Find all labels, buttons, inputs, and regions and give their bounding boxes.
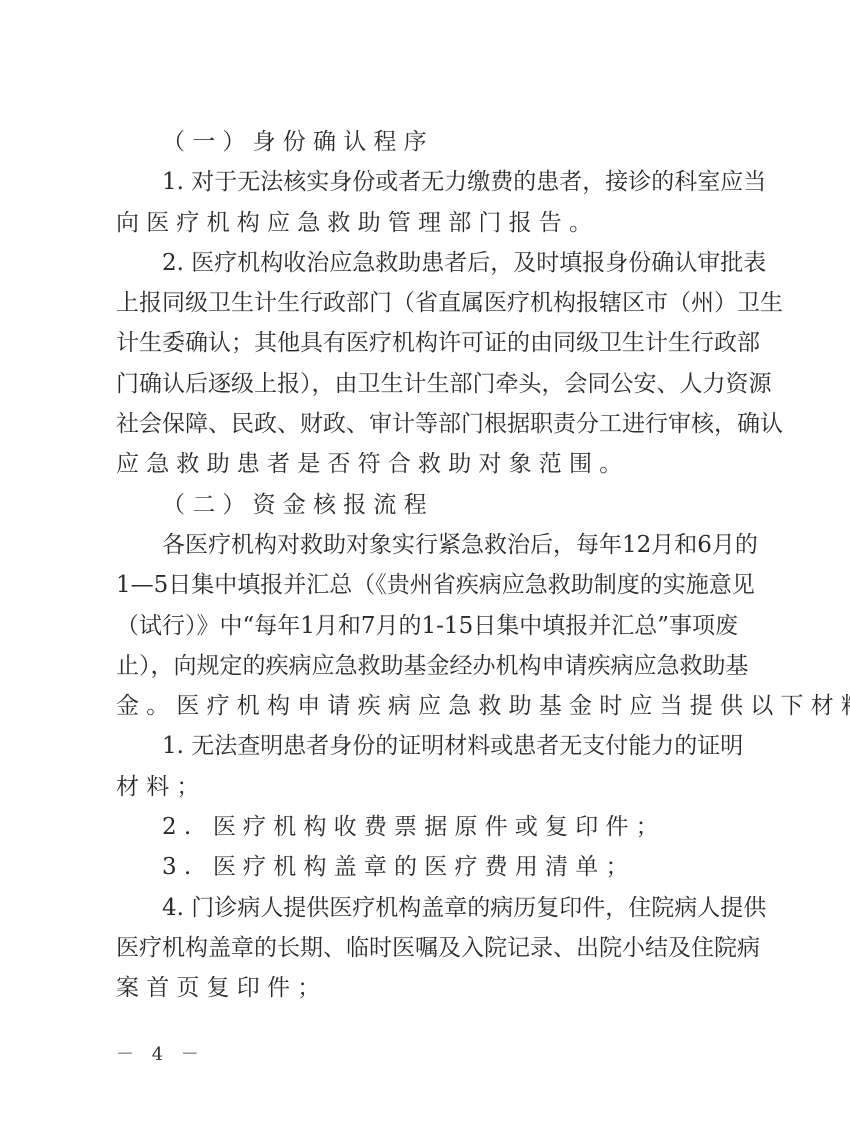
paragraph-line: 金。医疗机构申请疾病应急救助基金时应当提供以下材料：	[116, 686, 734, 726]
paragraph-line: 上报同级卫生计生行政部门（省直属医疗机构报辖区市（州）卫生	[116, 283, 734, 323]
paragraph-line: 1. 对于无法核实身份或者无力缴费的患者，接诊的科室应当	[116, 162, 734, 202]
paragraph-line: 向医疗机构应急救助管理部门报告。	[116, 203, 734, 243]
paragraph-line: 材料；	[116, 767, 734, 807]
material-item-4: 4. 门诊病人提供医疗机构盖章的病历复印件，住院病人提供	[116, 888, 734, 928]
paragraph-line: 门确认后逐级上报），由卫生计生部门牵头，会同公安、人力资源	[116, 364, 734, 404]
document-page: （一）身份确认程序 1. 对于无法核实身份或者无力缴费的患者，接诊的科室应当 向…	[0, 0, 850, 1146]
paragraph-line: 医疗机构盖章的长期、临时医嘱及入院记录、出院小结及住院病	[116, 928, 734, 968]
section-heading-fund-reporting: （二）资金核报流程	[116, 485, 734, 525]
paragraph-line: 2. 医疗机构收治应急救助患者后，及时填报身份确认审批表	[116, 243, 734, 283]
section-heading-identity-confirmation: （一）身份确认程序	[116, 122, 734, 162]
page-number: － 4 －	[116, 1040, 205, 1066]
paragraph-line: 止），向规定的疾病应急救助基金经办机构申请疾病应急救助基	[116, 646, 734, 686]
material-item-3: 3. 医疗机构盖章的医疗费用清单；	[116, 847, 734, 887]
paragraph-line: 社会保障、民政、财政、审计等部门根据职责分工进行审核，确认	[116, 404, 734, 444]
document-body: （一）身份确认程序 1. 对于无法核实身份或者无力缴费的患者，接诊的科室应当 向…	[116, 122, 734, 1009]
paragraph-line: 案首页复印件；	[116, 968, 734, 1008]
paragraph-line: 计生委确认；其他具有医疗机构许可证的由同级卫生计生行政部	[116, 323, 734, 363]
paragraph-line: （试行）》中“每年1月和7月的1-15日集中填报并汇总”事项废	[116, 606, 734, 646]
paragraph-line: 各医疗机构对救助对象实行紧急救治后，每年12月和6月的	[116, 525, 734, 565]
paragraph-line: 应急救助患者是否符合救助对象范围。	[116, 444, 734, 484]
material-item-1: 1. 无法查明患者身份的证明材料或患者无支付能力的证明	[116, 726, 734, 766]
material-item-2: 2. 医疗机构收费票据原件或复印件；	[116, 807, 734, 847]
paragraph-line: 1—5日集中填报并汇总（《贵州省疾病应急救助制度的实施意见	[116, 565, 734, 605]
